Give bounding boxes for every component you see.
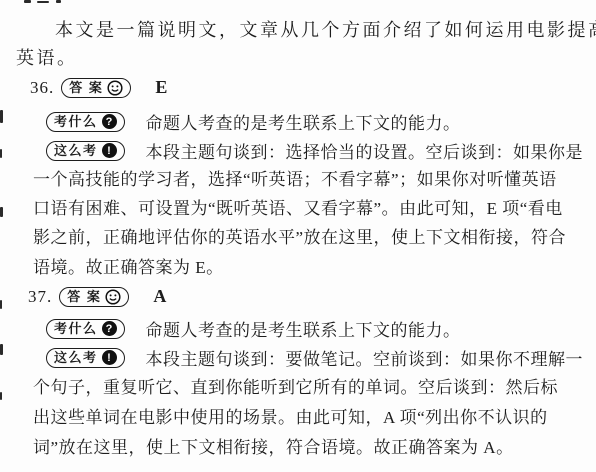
how-badge-label: 这么考 [54, 143, 98, 159]
what-badge-label: 考什么 [54, 114, 98, 130]
how-badge: 这么考 ! [46, 141, 125, 161]
how-badge: 这么考 ! [46, 348, 125, 368]
question-mark-circle-icon: ? [102, 114, 117, 129]
answer-letter: E [155, 77, 167, 98]
question-36-header: 36. 答 案 E [30, 77, 167, 98]
question-36-how-row: 这么考 ! 本段主题句谈到：选择恰当的设置。空后谈到：如果你是 [46, 138, 583, 163]
how-text-line: 个句子，重复听它、直到你能听到它所有的单词。空后谈到：然后标 [33, 376, 558, 400]
how-text-line: 出这些单词在电影中使用的场景。由此可知，A 项“列出你不认识的 [33, 406, 548, 430]
how-text-line: 本段主题句谈到：选择恰当的设置。空后谈到：如果你是 [146, 138, 584, 163]
answer-badge-label: 答 案 [67, 289, 101, 305]
how-text-line: 本段主题句谈到：要做笔记。空前谈到：如果你不理解一 [146, 345, 584, 370]
scan-artifact [0, 110, 3, 123]
scanned-textbook-page: 本文是一篇说明文，文章从几个方面介绍了如何运用电影提高 英语。 36. 答 案 … [0, 0, 596, 472]
what-badge-label: 考什么 [54, 321, 98, 337]
exclamation-circle-icon: ! [102, 350, 117, 365]
how-badge-label: 这么考 [54, 350, 98, 366]
question-number: 37. [28, 287, 52, 307]
how-text-line: 语境。故正确答案为 E。 [33, 256, 224, 280]
answer-letter: A [153, 286, 166, 307]
what-text: 命题人考查的是考生联系上下文的能力。 [146, 316, 461, 341]
how-text-line: 词”放在这里，使上下文相衔接，符合语境。故正确答案为 A。 [33, 436, 514, 460]
scan-artifact [0, 207, 3, 217]
answer-badge: 答 案 [61, 78, 131, 98]
how-text-line: 一个高技能的学习者，选择“听英语；不看字幕”；如果你对听懂英语 [33, 168, 557, 192]
intro-line-2: 英语。 [16, 46, 78, 70]
smiley-icon [105, 289, 121, 305]
scan-artifact [24, 0, 31, 3]
scan-artifact [0, 344, 3, 355]
how-text-line: 口语有困难、可设置为“既听英语、又看字幕”。由此可知，E 项“看电 [33, 197, 563, 221]
question-37-header: 37. 答 案 A [28, 286, 166, 307]
answer-badge-label: 答 案 [69, 80, 103, 96]
question-mark-circle-icon: ? [102, 321, 117, 336]
scan-artifact [56, 0, 61, 3]
what-badge: 考什么 ? [46, 112, 125, 132]
question-37-what-row: 考什么 ? 命题人考查的是考生联系上下文的能力。 [46, 316, 461, 341]
what-text: 命题人考查的是考生联系上下文的能力。 [146, 109, 461, 134]
intro-line-1: 本文是一篇说明文，文章从几个方面介绍了如何运用电影提高 [55, 18, 596, 42]
scan-artifact [0, 300, 2, 309]
question-36-what-row: 考什么 ? 命题人考查的是考生联系上下文的能力。 [46, 109, 461, 134]
scan-artifact [0, 149, 2, 158]
how-text-line: 影之前，正确地评估你的英语水平”放在这里，使上下文相衔接，符合 [33, 226, 566, 250]
question-37-how-row: 这么考 ! 本段主题句谈到：要做笔记。空前谈到：如果你不理解一 [46, 345, 583, 370]
answer-badge: 答 案 [59, 287, 129, 307]
smiley-icon [107, 80, 123, 96]
scan-artifact [37, 1, 49, 3]
question-number: 36. [30, 78, 54, 98]
scan-artifact [0, 392, 2, 400]
exclamation-circle-icon: ! [102, 143, 117, 158]
what-badge: 考什么 ? [46, 319, 125, 339]
